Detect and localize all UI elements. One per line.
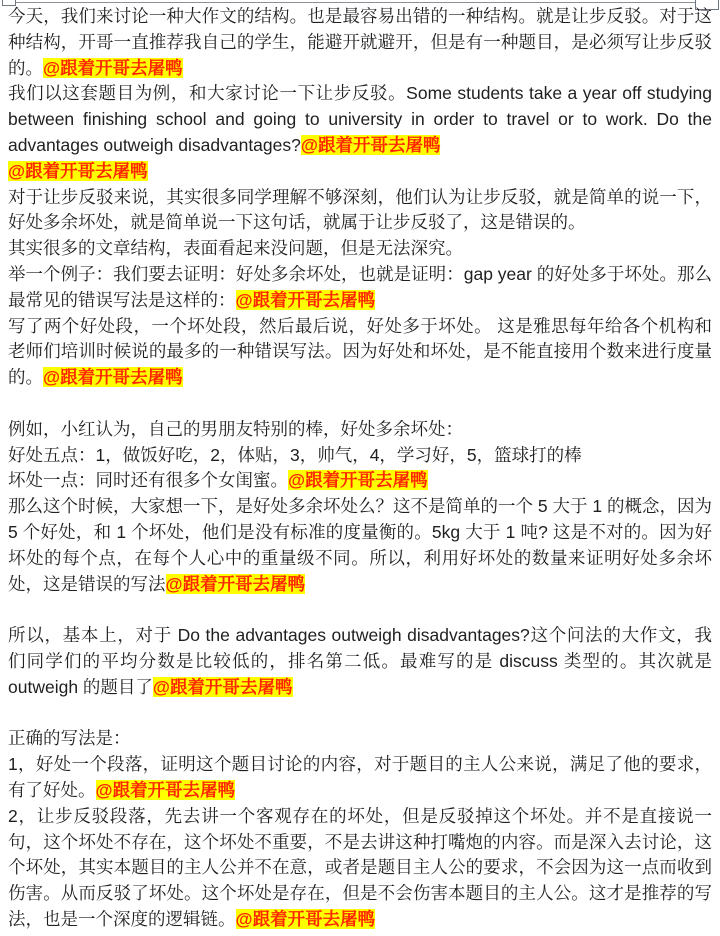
blank-line	[8, 597, 712, 623]
watermark-tag: @跟着开哥去屠鸭	[236, 909, 376, 929]
paragraph: 所以，基本上，对于 Do the advantages outweigh dis…	[8, 623, 712, 700]
watermark-tag: @跟着开哥去屠鸭	[236, 290, 376, 310]
paragraph: 2，让步反驳段落，先去讲一个客观存在的坏处，但是反驳掉这个坏处。并不是直接说一句…	[8, 804, 712, 933]
text-run: 对于让步反驳来说，其实很多同学理解不够深刻，他们认为让步反驳，就是简单的说一下，…	[8, 187, 712, 233]
document-page: 今天，我们来讨论一种大作文的结构。也是最容易出错的一种结构。就是让步反驳。对于这…	[0, 0, 720, 936]
document-body: 今天，我们来讨论一种大作文的结构。也是最容易出错的一种结构。就是让步反驳。对于这…	[8, 4, 712, 933]
watermark-tag: @跟着开哥去屠鸭	[43, 58, 183, 78]
textframe-top-border	[14, 2, 698, 3]
watermark-tag: @跟着开哥去屠鸭	[43, 367, 183, 387]
watermark-tag: @跟着开哥去屠鸭	[153, 677, 293, 697]
text-run: 好处五点：1，做饭好吃，2，体贴，3，帅气，4，学习好，5，篮球打的棒	[8, 445, 582, 465]
blank-line	[8, 701, 712, 727]
watermark-tag: @跟着开哥去屠鸭	[288, 470, 428, 490]
paragraph: 其实很多的文章结构，表面看起来没问题，但是无法深究。	[8, 236, 712, 262]
text-run: 其实很多的文章结构，表面看起来没问题，但是无法深究。	[8, 238, 463, 258]
paragraph: 1，好处一个段落，证明这个题目讨论的内容，对于题目的主人公来说，满足了他的要求，…	[8, 752, 712, 804]
paragraph: 我们以这套题目为例，和大家讨论一下让步反驳。Some students take…	[8, 81, 712, 158]
watermark-tag: @跟着开哥去屠鸭	[166, 574, 306, 594]
paragraph: 对于让步反驳来说，其实很多同学理解不够深刻，他们认为让步反驳，就是简单的说一下，…	[8, 185, 712, 237]
text-run: 那么这个时候，大家想一下，是好处多余坏处么？这不是简单的一个 5 大于 1 的概…	[8, 496, 712, 593]
paragraph: 坏处一点：同时还有很多个女闺蜜。@跟着开哥去屠鸭	[8, 468, 712, 494]
text-run: 所以，基本上，对于 Do the advantages outweigh dis…	[8, 625, 712, 697]
text-run: 正确的写法是：	[8, 728, 131, 748]
paragraph: 那么这个时候，大家想一下，是好处多余坏处么？这不是简单的一个 5 大于 1 的概…	[8, 494, 712, 597]
text-run: 坏处一点：同时还有很多个女闺蜜。	[8, 470, 288, 490]
paragraph: 好处五点：1，做饭好吃，2，体贴，3，帅气，4，学习好，5，篮球打的棒	[8, 443, 712, 469]
watermark-tag: @跟着开哥去屠鸭	[8, 161, 148, 181]
watermark-tag: @跟着开哥去屠鸭	[96, 780, 236, 800]
paragraph: 正确的写法是：	[8, 726, 712, 752]
paragraph: @跟着开哥去屠鸭	[8, 159, 712, 185]
blank-line	[8, 391, 712, 417]
paragraph: 例如，小红认为，自己的男朋友特别的棒，好处多余坏处：	[8, 417, 712, 443]
text-run: 例如，小红认为，自己的男朋友特别的棒，好处多余坏处：	[8, 419, 463, 439]
paragraph: 写了两个好处段，一个坏处段，然后最后说，好处多于坏处。 这是雅思每年给各个机构和…	[8, 314, 712, 391]
paragraph: 举一个例子：我们要去证明：好处多余坏处，也就是证明：gap year 的好处多于…	[8, 262, 712, 314]
watermark-tag: @跟着开哥去屠鸭	[301, 135, 441, 155]
paragraph: 今天，我们来讨论一种大作文的结构。也是最容易出错的一种结构。就是让步反驳。对于这…	[8, 4, 712, 81]
